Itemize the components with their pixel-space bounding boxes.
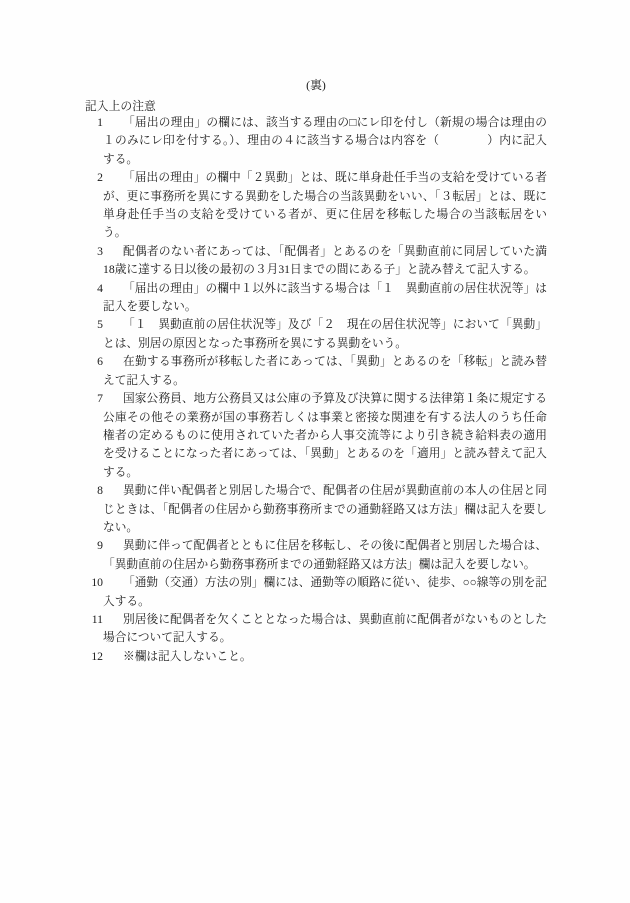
note-text: 「通勤（交通）方法の別」欄には、通勤等の順路に従い、徒歩、○○線等の別を記入する… — [103, 576, 547, 607]
note-item-10: 10 「通勤（交通）方法の別」欄には、通勤等の順路に従い、徒歩、○○線等の別を記… — [85, 574, 547, 611]
note-text: 配偶者のない者にあっては、「配偶者」とあるのを「異動直前に同居していた満18歳に… — [103, 245, 547, 276]
note-item-11: 11 別居後に配偶者を欠くこととなった場合は、異動直前に配偶者がないものとした場… — [85, 611, 547, 648]
note-text: 異動に伴い配偶者と別居した場合で、配偶者の住居が異動直前の本人の住居と同じときは… — [103, 484, 547, 534]
note-number: 2 — [85, 169, 103, 187]
note-number: 12 — [85, 648, 103, 666]
page-side-label: (裏) — [85, 78, 547, 92]
note-item-1: 1 「届出の理由」の欄には、該当する理由の□にレ印を付し（新規の場合は理由の１の… — [85, 114, 547, 169]
note-text: 「届出の理由」の欄中「２異動」とは、既に単身赴任手当の支給を受けている者が、更に… — [103, 171, 547, 239]
document-page: (裏) 記入上の注意 1 「届出の理由」の欄には、該当する理由の□にレ印を付し（… — [0, 0, 630, 903]
note-item-4: 4 「届出の理由」の欄中１以外に該当する場合は「１ 異動直前の居住状況等」は記入… — [85, 280, 547, 317]
note-text: 在勤する事務所が移転した者にあっては、「異動」とあるのを「移転」と読み替えて記入… — [103, 355, 547, 386]
note-text: 「１ 異動直前の居住状況等」及び「２ 現在の居住状況等」において「異動」とは、別… — [103, 318, 547, 349]
note-text: 異動に伴って配偶者とともに住居を移転し、その後に配偶者と別居した場合は、「異動直… — [103, 539, 547, 570]
note-item-2: 2 「届出の理由」の欄中「２異動」とは、既に単身赴任手当の支給を受けている者が、… — [85, 169, 547, 243]
note-number: 7 — [85, 390, 103, 408]
note-item-3: 3 配偶者のない者にあっては、「配偶者」とあるのを「異動直前に同居していた満18… — [85, 243, 547, 280]
note-number: 10 — [85, 574, 103, 592]
note-text: 「届出の理由」の欄中１以外に該当する場合は「１ 異動直前の居住状況等」は記入を要… — [103, 282, 547, 313]
note-item-8: 8 異動に伴い配偶者と別居した場合で、配偶者の住居が異動直前の本人の住居と同じと… — [85, 482, 547, 537]
note-item-9: 9 異動に伴って配偶者とともに住居を移転し、その後に配偶者と別居した場合は、「異… — [85, 537, 547, 574]
note-number: 4 — [85, 280, 103, 298]
note-text: 「届出の理由」の欄には、該当する理由の□にレ印を付し（新規の場合は理由の１のみに… — [103, 116, 547, 166]
note-item-12: 12 ※欄は記入しないこと。 — [85, 648, 547, 666]
note-number: 5 — [85, 316, 103, 334]
notes-heading: 記入上の注意 — [85, 99, 156, 114]
note-number: 6 — [85, 353, 103, 371]
note-item-7: 7 国家公務員、地方公務員又は公庫の予算及び決算に関する法律第１条に規定する公庫… — [85, 390, 547, 482]
note-number: 8 — [85, 482, 103, 500]
notes-list: 1 「届出の理由」の欄には、該当する理由の□にレ印を付し（新規の場合は理由の１の… — [85, 114, 547, 666]
note-number: 9 — [85, 537, 103, 555]
note-text: 別居後に配偶者を欠くこととなった場合は、異動直前に配偶者がないものとした場合につ… — [103, 613, 547, 644]
note-number: 3 — [85, 243, 103, 261]
note-number: 1 — [85, 114, 103, 132]
note-number: 11 — [85, 611, 103, 629]
note-text: 国家公務員、地方公務員又は公庫の予算及び決算に関する法律第１条に規定する公庫その… — [103, 392, 547, 479]
note-item-6: 6 在勤する事務所が移転した者にあっては、「異動」とあるのを「移転」と読み替えて… — [85, 353, 547, 390]
note-item-5: 5 「１ 異動直前の居住状況等」及び「２ 現在の居住状況等」において「異動」とは… — [85, 316, 547, 353]
note-text: ※欄は記入しないこと。 — [123, 650, 252, 663]
